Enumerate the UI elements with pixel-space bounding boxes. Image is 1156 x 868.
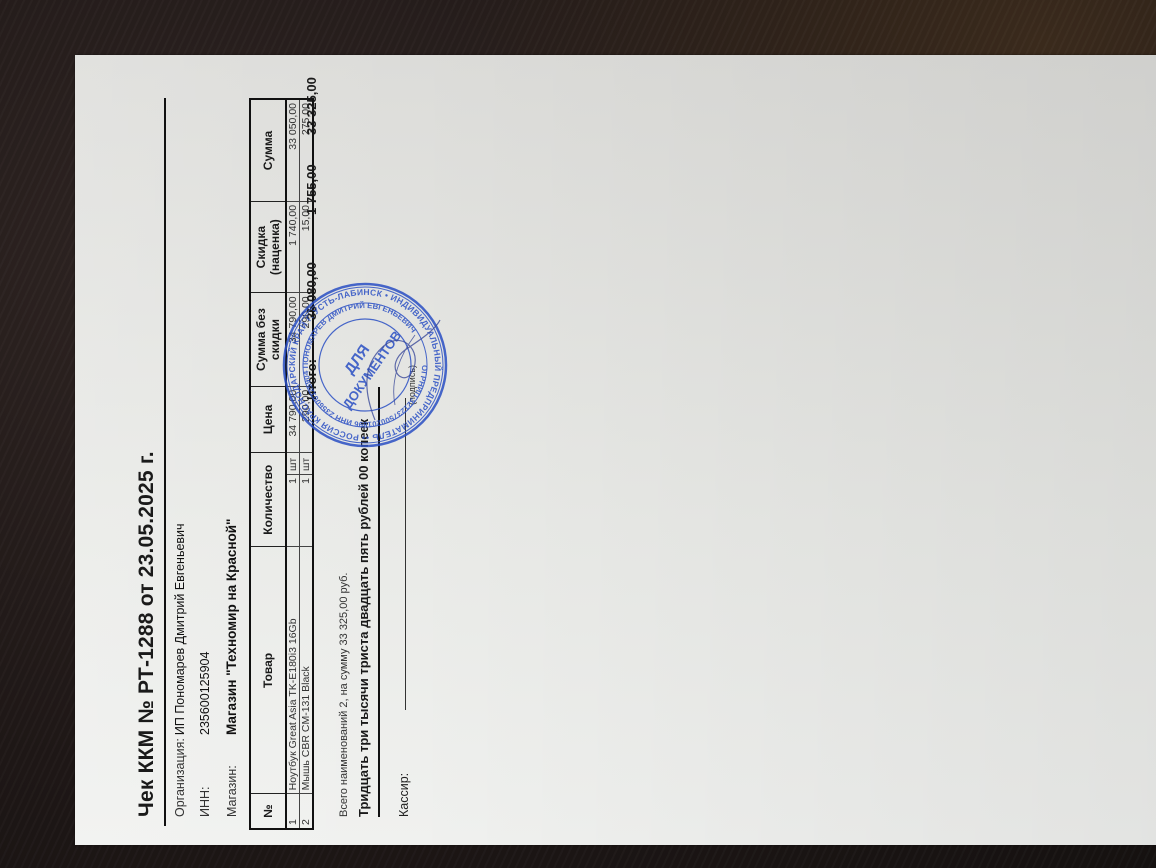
receipt-title: Чек ККМ № РТ-1288 от 23.05.2025 г. [135,451,159,817]
row-item: Ноутбук Great Asia TK-E180i3 16Gb [286,547,300,794]
handwritten-signature-icon [355,315,445,425]
header-item: Товар [250,547,286,794]
row-no: 2 [300,794,314,829]
organization-value: ИП Пономарев Дмитрий Евгеньевич [173,523,187,735]
inn-value: 235600125904 [198,652,212,735]
organization-label: Организация: [173,738,187,817]
table-row: 1 Ноутбук Great Asia TK-E180i3 16Gb 1 шт… [286,99,300,829]
row-unit: шт [300,452,314,474]
organization-row: Организация:ИП Пономарев Дмитрий Евгенье… [173,523,187,817]
header-qty: Количество [250,452,286,547]
cashier-label: Кассир: [397,773,411,817]
summary-count: Всего наименований 2, на сумму 33 325,00… [338,573,350,818]
receipt-paper: Чек ККМ № РТ-1288 от 23.05.2025 г. Орган… [75,55,1156,845]
row-sum: 33 050,00 [286,99,300,201]
row-qty: 1 [286,475,300,547]
row-qty: 1 [300,475,314,547]
summary-in-words: Тридцать три тысячи триста двадцать пять… [356,419,371,817]
row-unit: шт [286,452,300,474]
title-divider [164,98,166,826]
row-item: Мышь CBR CM-131 Black [300,547,314,794]
inn-row: ИНН:235600125904 [198,652,212,817]
summary-divider [378,387,380,817]
totals-discount: 1 755,00 [304,164,319,215]
inn-label: ИНН: [198,735,212,817]
table-header-row: № Товар Количество Цена Сумма без скидки… [250,99,286,829]
shop-value: Магазин "Техномир на Красной" [224,519,239,735]
shop-label: Магазин: [225,735,239,817]
row-no: 1 [286,794,300,829]
header-sum: Сумма [250,99,286,201]
shop-row: Магазин:Магазин "Техномир на Красной" [224,519,239,817]
totals-sum: 33 325,00 [304,77,319,135]
header-no: № [250,794,286,829]
